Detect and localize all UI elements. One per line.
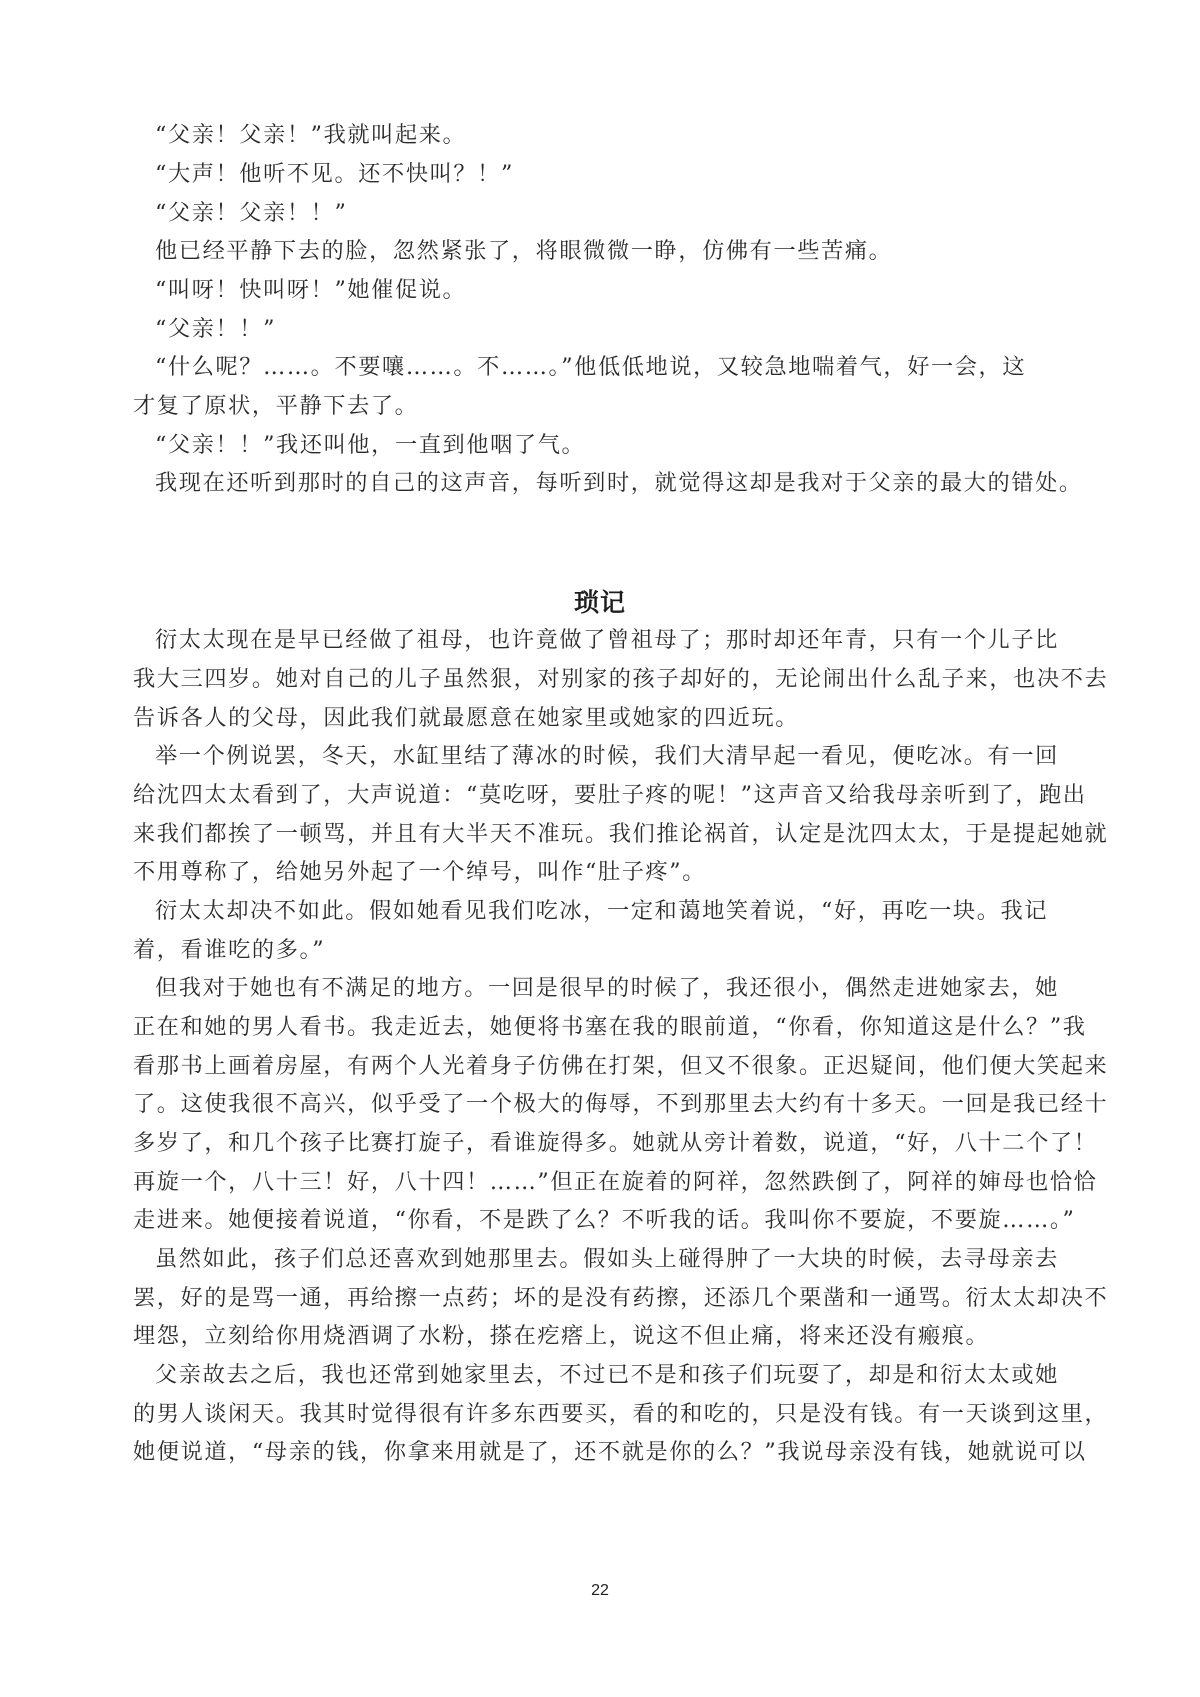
paragraph-line: “叫呀！快叫呀！”她催促说。 — [155, 275, 1045, 305]
paragraph-line: 举一个例说罢，冬天，水缸里结了薄冰的时候，我们大清早起一看见，便吃冰。有一回 — [155, 741, 1045, 771]
section-title: 琐记 — [0, 586, 1200, 620]
paragraph-line: 给沈四太太看到了，大声说道：“莫吃呀，要肚子疼的呢！”这声音又给我母亲听到了，跑… — [133, 780, 1023, 810]
paragraph-line: 但我对于她也有不满足的地方。一回是很早的时候了，我还很小，偶然走进她家去，她 — [155, 973, 1045, 1003]
paragraph-line: 埋怨，立刻给你用烧酒调了水粉，搽在疙瘩上，说这不但止痛，将来还没有瘢痕。 — [133, 1321, 1023, 1351]
paragraph-line: 告诉各人的父母，因此我们就最愿意在她家里或她家的四近玩。 — [133, 703, 1023, 733]
document-page: “父亲！父亲！”我就叫起来。 “大声！他听不见。还不快叫？！” “父亲！父亲！！… — [0, 0, 1200, 1697]
paragraph-line: 着，看谁吃的多。” — [133, 935, 1023, 965]
paragraph-line: 多岁了，和几个孩子比赛打旋子，看谁旋得多。她就从旁计着数，说道，“好，八十二个了… — [133, 1128, 1023, 1158]
paragraph-line: 衍太太却决不如此。假如她看见我们吃冰，一定和蔼地笑着说，“好，再吃一块。我记 — [155, 896, 1045, 926]
paragraph-line: 来我们都挨了一顿骂，并且有大半天不准玩。我们推论祸首，认定是沈四太太，于是提起她… — [133, 819, 1023, 849]
paragraph-line: 走进来。她便接着说道，“你看，不是跌了么？不听我的话。我叫你不要旋，不要旋……。… — [133, 1205, 1023, 1235]
paragraph-line: 才复了原状，平静下去了。 — [133, 391, 1023, 421]
paragraph-line: 我现在还听到那时的自己的这声音，每听到时，就觉得这却是我对于父亲的最大的错处。 — [155, 468, 1045, 498]
paragraph-line: 罢，好的是骂一通，再给擦一点药；坏的是没有药擦，还添几个栗凿和一通骂。衍太太却决… — [133, 1283, 1023, 1313]
paragraph-line: “父亲！父亲！！” — [155, 198, 1045, 228]
paragraph-line: 父亲故去之后，我也还常到她家里去，不过已不是和孩子们玩耍了，却是和衍太太或她 — [155, 1360, 1045, 1390]
paragraph-line: 虽然如此，孩子们总还喜欢到她那里去。假如头上碰得肿了一大块的时候，去寻母亲去 — [155, 1244, 1045, 1274]
paragraph-line: 正在和她的男人看书。我走近去，她便将书塞在我的眼前道，“你看，你知道这是什么？”… — [133, 1012, 1023, 1042]
paragraph-line: 看那书上画着房屋，有两个人光着身子仿佛在打架，但又不很象。正迟疑间，他们便大笑起… — [133, 1051, 1023, 1081]
paragraph-line: 衍太太现在是早已经做了祖母，也许竟做了曾祖母了；那时却还年青，只有一个儿子比 — [155, 625, 1045, 655]
paragraph-line: “什么呢？……。不要嚷……。不……。”他低低地说，又较急地喘着气，好一会，这 — [155, 352, 1045, 382]
paragraph-line: 他已经平静下去的脸，忽然紧张了，将眼微微一睁，仿佛有一些苦痛。 — [155, 236, 1045, 266]
paragraph-line: 的男人谈闲天。我其时觉得很有许多东西要买，看的和吃的，只是没有钱。有一天谈到这里… — [133, 1399, 1023, 1429]
paragraph-line: 了。这使我很不高兴，似乎受了一个极大的侮辱，不到那里去大约有十多天。一回是我已经… — [133, 1089, 1023, 1119]
paragraph-line: “大声！他听不见。还不快叫？！” — [155, 159, 1045, 189]
paragraph-line: 她便说道，“母亲的钱，你拿来用就是了，还不就是你的么？”我说母亲没有钱，她就说可… — [133, 1437, 1023, 1467]
paragraph-line: “父亲！父亲！”我就叫起来。 — [155, 120, 1045, 150]
paragraph-line: 不用尊称了，给她另外起了一个绰号，叫作“肚子疼”。 — [133, 857, 1023, 887]
paragraph-line: 我大三四岁。她对自己的儿子虽然狠，对别家的孩子却好的，无论闹出什么乱子来，也决不… — [133, 664, 1023, 694]
page-number: 22 — [0, 1581, 1200, 1601]
paragraph-line: “父亲！！”我还叫他，一直到他咽了气。 — [155, 430, 1045, 460]
paragraph-line: “父亲！！” — [155, 314, 1045, 344]
paragraph-line: 再旋一个，八十三！好，八十四！……”但正在旋着的阿祥，忽然跌倒了，阿祥的婶母也恰… — [133, 1167, 1023, 1197]
